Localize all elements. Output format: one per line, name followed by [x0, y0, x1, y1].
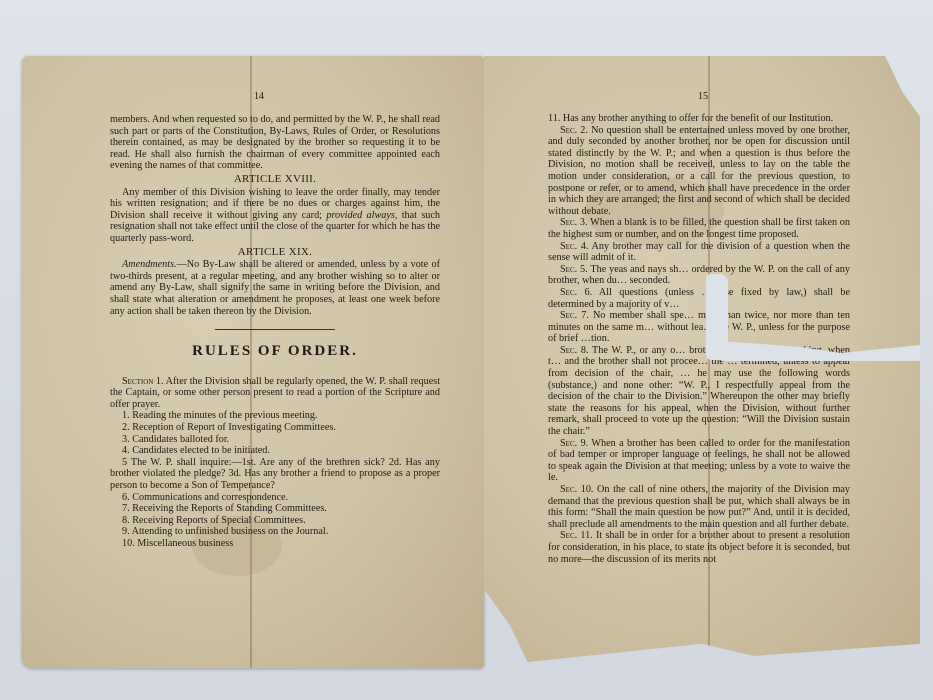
- rule-section: Sec. 6. All questions (unless …rwise fix…: [548, 287, 850, 310]
- order-item: 5 The W. P. shall inquire:—1st. Are any …: [110, 457, 440, 492]
- rule-section: Sec. 11. It shall be in order for a brot…: [548, 530, 850, 565]
- article-18-heading: ARTICLE XVIII.: [110, 174, 440, 186]
- order-item: 3. Candidates balloted for.: [110, 434, 440, 446]
- section-1: Section 1. After the Division shall be r…: [110, 376, 440, 411]
- page-number: 15: [698, 91, 708, 102]
- order-item: 2. Reception of Report of Investigating …: [110, 422, 440, 434]
- rule-section: Sec. 2. No question shall be entertained…: [548, 125, 850, 218]
- order-item: 8. Receiving Reports of Special Committe…: [110, 515, 440, 527]
- rules-of-order-heading: RULES OF ORDER.: [110, 346, 440, 358]
- order-item: 1. Reading the minutes of the previous m…: [110, 410, 440, 422]
- right-page-text: 11. Has any brother anything to offer fo…: [548, 113, 850, 565]
- order-item: 9. Attending to unfinished business on t…: [110, 526, 440, 538]
- order-item-11: 11. Has any brother anything to offer fo…: [548, 113, 850, 125]
- left-page-text: members. And when requested so to do, an…: [110, 114, 440, 550]
- rule-section: Sec. 10. On the call of nine others, the…: [548, 484, 850, 530]
- order-item: 7. Receiving the Reports of Standing Com…: [110, 503, 440, 515]
- continuation-paragraph: members. And when requested so to do, an…: [110, 114, 440, 172]
- rule-section: Sec. 9. When a brother has been called t…: [548, 438, 850, 484]
- article-19-text: Amendments.—No By-Law shall be altered o…: [110, 259, 440, 317]
- rule-section: Sec. 7. No member shall spe… more than t…: [548, 310, 850, 345]
- order-item: 4. Candidates elected to be initiated.: [110, 445, 440, 457]
- order-item: 10. Miscellaneous business: [110, 538, 440, 550]
- left-page: 14 members. And when requested so to do,…: [22, 56, 484, 668]
- page-number: 14: [254, 91, 264, 102]
- order-item: 6. Communications and correspondence.: [110, 492, 440, 504]
- rule-section: Sec. 3. When a blank is to be filled, th…: [548, 217, 850, 240]
- rule-section: Sec. 4. Any brother may call for the div…: [548, 241, 850, 264]
- rule-section: Sec. 5. The yeas and nays sh… ordered by…: [548, 264, 850, 287]
- article-18-text: Any member of this Division wishing to l…: [110, 187, 440, 245]
- right-page: 15 11. Has any brother anything to offer…: [484, 56, 920, 662]
- section-divider: [215, 329, 335, 330]
- article-19-heading: ARTICLE XIX.: [110, 247, 440, 259]
